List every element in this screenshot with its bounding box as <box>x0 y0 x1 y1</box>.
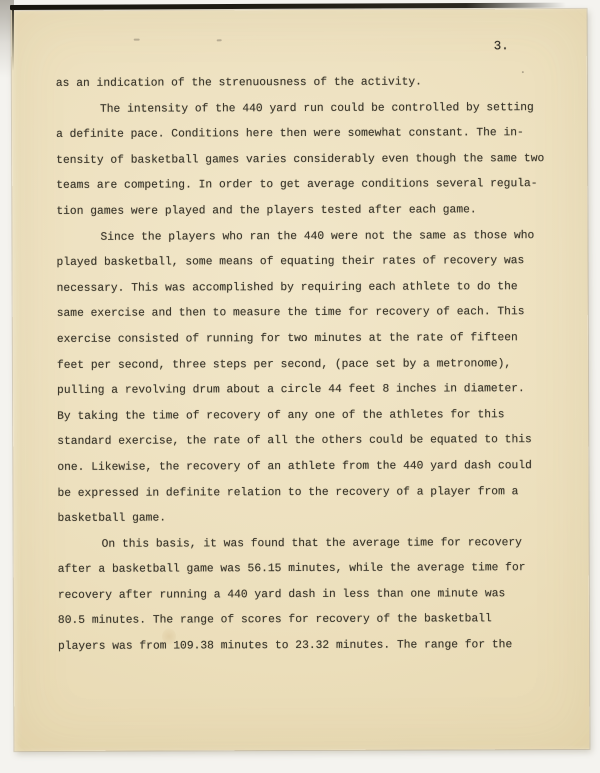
page-number: 3. <box>494 39 509 53</box>
paper-stain <box>162 628 176 644</box>
page: 3. as an indication of the strenuousness… <box>12 9 590 751</box>
text-line: tion games were played and the players t… <box>56 198 561 226</box>
text-line: exercise consisted of running for two mi… <box>57 326 562 354</box>
text-line: tensity of basketball games varies consi… <box>56 147 561 175</box>
text-line: played basketball, some means of equatin… <box>57 249 562 277</box>
text-line: standard exercise, the rate of all the o… <box>57 428 562 456</box>
text-line: a definite pace. Conditions here then we… <box>56 121 561 149</box>
text-line: pulling a revolving drum about a circle … <box>57 377 562 405</box>
text-line: one. Likewise, the recovery of an athlet… <box>57 454 562 482</box>
text-line: after a basketball game was 56.15 minute… <box>58 556 563 584</box>
dot-mark <box>522 71 524 73</box>
typewritten-text: as an indication of the strenuousness of… <box>56 70 563 661</box>
text-line: By taking the time of recovery of any on… <box>57 403 562 431</box>
text-line: The intensity of the 440 yard run could … <box>56 96 561 124</box>
text-line: as an indication of the strenuousness of… <box>56 70 561 98</box>
text-line: recovery after running a 440 yard dash i… <box>58 582 563 610</box>
smudge-mark <box>217 39 222 41</box>
text-line: same exercise and then to measure the ti… <box>57 300 562 328</box>
text-line: basketball game. <box>57 505 562 533</box>
text-line: On this basis, it was found that the ave… <box>58 531 563 559</box>
text-line: teams are competing. In order to get ave… <box>56 172 561 200</box>
text-line: be expressed in definite relation to the… <box>57 479 562 507</box>
text-line: Since the players who ran the 440 were n… <box>56 224 561 252</box>
text-line: feet per second, three steps per second,… <box>57 352 562 380</box>
text-line: necessary. This was accomplished by requ… <box>57 275 562 303</box>
page-left-edge-shadow <box>12 9 14 71</box>
scan-background: 3. as an indication of the strenuousness… <box>0 0 600 773</box>
text-line: players was from 109.38 minutes to 23.32… <box>58 633 563 661</box>
smudge-mark <box>134 39 140 41</box>
text-line: 80.5 minutes. The range of scores for re… <box>58 607 563 635</box>
